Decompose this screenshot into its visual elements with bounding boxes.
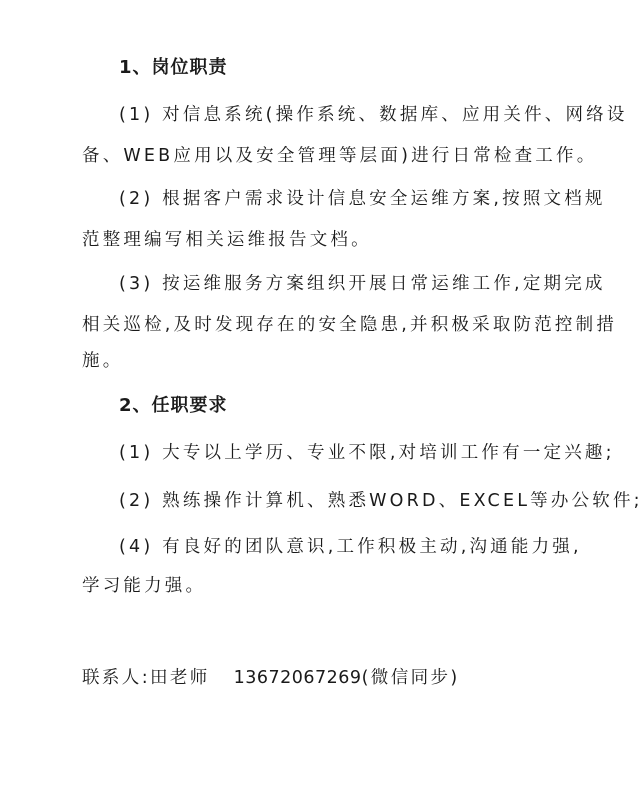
requirement-item-4-line-2: 学习能力强。 <box>82 575 206 597</box>
duty-item-2-line-2: 范整理编写相关运维报告文档。 <box>82 229 372 251</box>
document-page: 1、岗位职责 (1) 对信息系统(操作系统、数据库、应用关件、网络设 备、WEB… <box>0 0 642 800</box>
duty-item-3-line-3: 施。 <box>82 350 123 372</box>
requirement-item-4-line-1: (4) 有良好的团队意识,工作积极主动,沟通能力强, <box>119 536 582 558</box>
contact-name: 田老师 <box>150 668 210 688</box>
duty-item-1-line-2: 备、WEB应用以及安全管理等层面)进行日常检查工作。 <box>82 145 597 167</box>
contact-line: 联系人:田老师 13672067269(微信同步) <box>82 667 460 689</box>
contact-label: 联系人: <box>82 668 150 688</box>
requirement-item-1: (1) 大专以上学历、专业不限,对培训工作有一定兴趣; <box>119 442 615 464</box>
contact-phone: 13672067269 <box>234 668 362 688</box>
section-heading-requirements: 2、任职要求 <box>119 395 228 417</box>
requirement-item-2: (2) 熟练操作计算机、熟悉WORD、EXCEL等办公软件; <box>119 490 642 512</box>
duty-item-3-line-1: (3) 按运维服务方案组织开展日常运维工作,定期完成 <box>119 273 606 295</box>
contact-note: (微信同步) <box>362 668 460 688</box>
duty-item-2-line-1: (2) 根据客户需求设计信息安全运维方案,按照文档规 <box>119 188 606 210</box>
duty-item-3-line-2: 相关巡检,及时发现存在的安全隐患,并积极采取防范控制措 <box>82 314 617 336</box>
section-heading-duties: 1、岗位职责 <box>119 57 228 79</box>
duty-item-1-line-1: (1) 对信息系统(操作系统、数据库、应用关件、网络设 <box>119 104 628 126</box>
